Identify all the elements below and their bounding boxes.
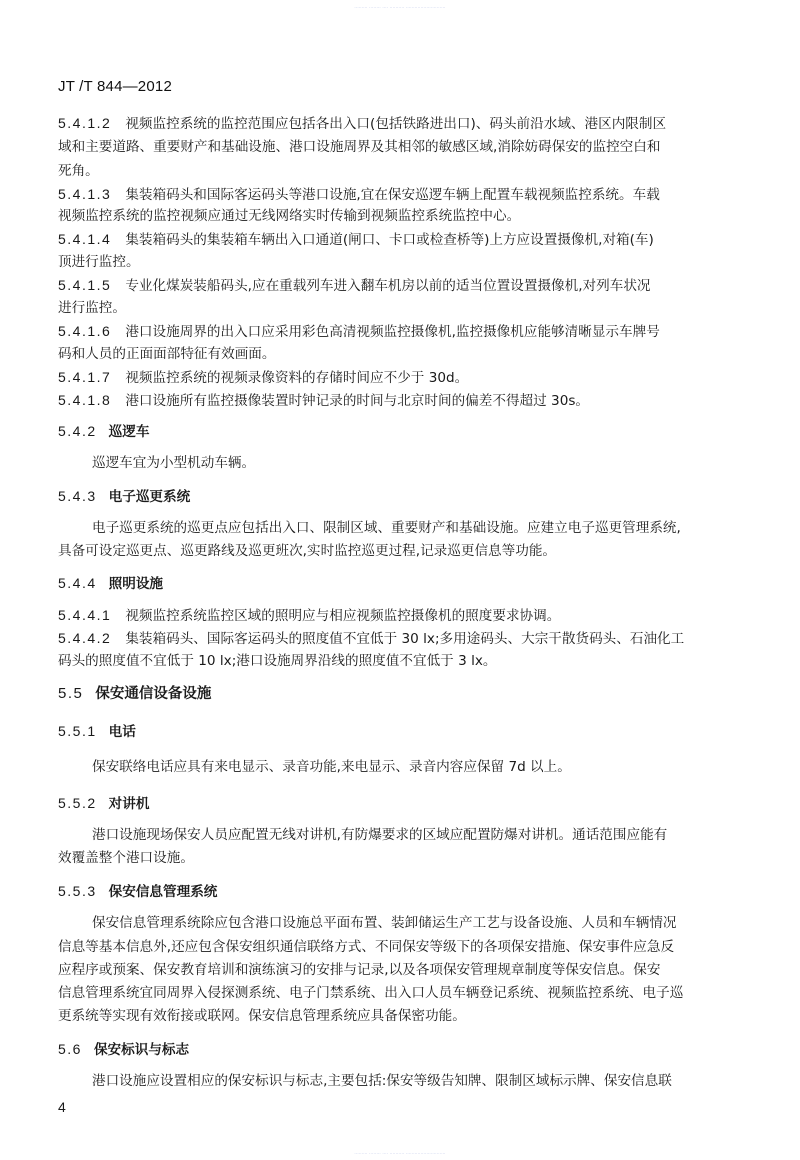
paragraph-line: 巡逻车宜为小型机动车辆。: [92, 455, 255, 471]
section-title: 巡逻车: [109, 424, 150, 440]
clause-text: 集装箱码头和国际客运码头等港口设施,宜在保安巡逻车辆上配置车载视频监控系统。车载: [125, 187, 659, 203]
clause-text-line: 进行监控。: [58, 300, 126, 316]
section-5-6-heading: 5.6保安标识与标志: [58, 1041, 189, 1058]
section-number: 5.6: [58, 1041, 82, 1057]
section-number: 5.5.3: [58, 883, 97, 899]
clause-number: 5.4.4.1: [58, 607, 111, 623]
paragraph-line: 港口设施应设置相应的保安标识与标志,主要包括:保安等级告知牌、限制区域标示牌、保…: [92, 1073, 672, 1089]
paragraph-line: 信息管理系统宜同周界入侵探测系统、电子门禁系统、出入口人员车辆登记系统、视频监控…: [58, 985, 683, 1001]
clause-5-4-1-7: 5.4.1.7视频监控系统的视频录像资料的存储时间应不少于 30d。: [58, 369, 468, 386]
footer-watermark: ········· ········ ···· ·········· ·····…: [0, 1151, 800, 1156]
clause-text: 视频监控系统监控区域的照明应与相应视频监控摄像机的照度要求协调。: [125, 608, 560, 624]
clause-text-line: 死角。: [58, 163, 99, 179]
section-number: 5.5: [58, 686, 83, 702]
section-title: 保安信息管理系统: [109, 884, 218, 900]
clause-text-line: 域和主要道路、重要财产和基础设施、港口设施周界及其相邻的敏感区域,消除妨碍保安的…: [58, 139, 660, 155]
clause-number: 5.4.1.3: [58, 186, 111, 202]
clause-text: 港口设施周界的出入口应采用彩色高清视频监控摄像机,监控摄像机应能够清晰显示车牌号: [125, 324, 659, 340]
section-number: 5.5.2: [58, 795, 97, 811]
clause-number: 5.4.4.2: [58, 630, 111, 646]
clause-text: 港口设施所有监控摄像装置时钟记录的时间与北京时间的偏差不得超过 30s。: [125, 393, 589, 409]
clause-text-line: 码和人员的正面面部特征有效画面。: [58, 346, 276, 362]
section-5-4-4-heading: 5.4.4照明设施: [58, 575, 163, 592]
clause-number: 5.4.1.8: [58, 392, 111, 408]
clause-5-4-1-5: 5.4.1.5专业化煤炭装船码头,应在重载列车进入翻车机房以前的适当位置设置摄像…: [58, 277, 651, 294]
clause-text-line: 码头的照度值不宜低于 10 lx;港口设施周界沿线的照度值不宜低于 3 lx。: [58, 653, 496, 669]
clause-5-4-1-3: 5.4.1.3集装箱码头和国际客运码头等港口设施,宜在保安巡逻车辆上配置车载视频…: [58, 186, 660, 203]
section-5-5-2-heading: 5.5.2对讲机: [58, 795, 149, 812]
clause-text-line: 视频监控系统的监控视频应通过无线网络实时传输到视频监控系统监控中心。: [58, 208, 520, 224]
clause-text: 视频监控系统的监控范围应包括各出入口(包括铁路进出口)、码头前沿水域、港区内限制…: [125, 116, 666, 132]
section-title: 电子巡更系统: [109, 489, 191, 505]
standard-code: JT /T 844—2012: [58, 78, 172, 95]
paragraph-line: 更系统等实现有效衔接或联网。保安信息管理系统应具备保密功能。: [58, 1008, 466, 1024]
header-watermark: ········· ········ ···· ·········· ·····…: [0, 5, 800, 10]
clause-text: 集装箱码头的集装箱车辆出入口通道(闸口、卡口或检查桥等)上方应设置摄像机,对箱(…: [125, 232, 654, 248]
section-title: 对讲机: [109, 796, 150, 812]
clause-text: 视频监控系统的视频录像资料的存储时间应不少于 30d。: [125, 370, 468, 386]
section-title: 电话: [109, 724, 136, 740]
clause-number: 5.4.1.2: [58, 115, 111, 131]
clause-5-4-4-2: 5.4.4.2集装箱码头、国际客运码头的照度值不宜低于 30 lx;多用途码头、…: [58, 630, 684, 647]
paragraph-line: 电子巡更系统的巡更点应包括出入口、限制区域、重要财产和基础设施。应建立电子巡更管…: [92, 520, 681, 536]
paragraph-line: 保安联络电话应具有来电显示、录音功能,来电显示、录音内容应保留 7d 以上。: [92, 759, 571, 775]
clause-5-4-1-2: 5.4.1.2视频监控系统的监控范围应包括各出入口(包括铁路进出口)、码头前沿水…: [58, 115, 666, 132]
section-title: 保安通信设备设施: [95, 686, 211, 702]
section-number: 5.4.3: [58, 488, 97, 504]
paragraph-line: 具备可设定巡更点、巡更路线及巡更班次,实时监控巡更过程,记录巡更信息等功能。: [58, 543, 556, 559]
clause-5-4-1-8: 5.4.1.8港口设施所有监控摄像装置时钟记录的时间与北京时间的偏差不得超过 3…: [58, 392, 589, 409]
section-5-5-heading: 5.5保安通信设备设施: [58, 686, 211, 702]
clause-5-4-1-6: 5.4.1.6港口设施周界的出入口应采用彩色高清视频监控摄像机,监控摄像机应能够…: [58, 323, 660, 340]
clause-5-4-4-1: 5.4.4.1视频监控系统监控区域的照明应与相应视频监控摄像机的照度要求协调。: [58, 607, 560, 624]
section-title: 保安标识与标志: [94, 1042, 189, 1058]
paragraph-line: 保安信息管理系统除应包含港口设施总平面布置、装卸储运生产工艺与设备设施、人员和车…: [92, 915, 677, 931]
clause-number: 5.4.1.7: [58, 369, 111, 385]
paragraph-line: 港口设施现场保安人员应配置无线对讲机,有防爆要求的区域应配置防爆对讲机。通话范围…: [92, 827, 667, 843]
clause-text-line: 顶进行监控。: [58, 254, 140, 270]
paragraph-line: 效覆盖整个港口设施。: [58, 850, 194, 866]
section-5-5-3-heading: 5.5.3保安信息管理系统: [58, 883, 217, 900]
paragraph-line: 信息等基本信息外,还应包含保安组织通信联络方式、不同保安等级下的各项保安措施、保…: [58, 939, 674, 955]
section-number: 5.4.4: [58, 575, 97, 591]
paragraph-line: 应程序或预案、保安教育培训和演练演习的安排与记录,以及各项保安管理规章制度等保安…: [58, 962, 660, 978]
clause-number: 5.4.1.5: [58, 277, 111, 293]
page-number: 4: [58, 1099, 66, 1115]
section-number: 5.5.1: [58, 723, 97, 739]
clause-text: 专业化煤炭装船码头,应在重载列车进入翻车机房以前的适当位置设置摄像机,对列车状况: [125, 278, 650, 294]
section-number: 5.4.2: [58, 423, 97, 439]
section-5-4-3-heading: 5.4.3电子巡更系统: [58, 488, 190, 505]
clause-number: 5.4.1.4: [58, 231, 111, 247]
clause-text: 集装箱码头、国际客运码头的照度值不宜低于 30 lx;多用途码头、大宗干散货码头…: [125, 631, 684, 647]
clause-number: 5.4.1.6: [58, 323, 111, 339]
section-5-5-1-heading: 5.5.1电话: [58, 723, 136, 740]
clause-5-4-1-4: 5.4.1.4集装箱码头的集装箱车辆出入口通道(闸口、卡口或检查桥等)上方应设置…: [58, 231, 654, 248]
section-5-4-2-heading: 5.4.2巡逻车: [58, 423, 149, 440]
section-title: 照明设施: [109, 576, 163, 592]
